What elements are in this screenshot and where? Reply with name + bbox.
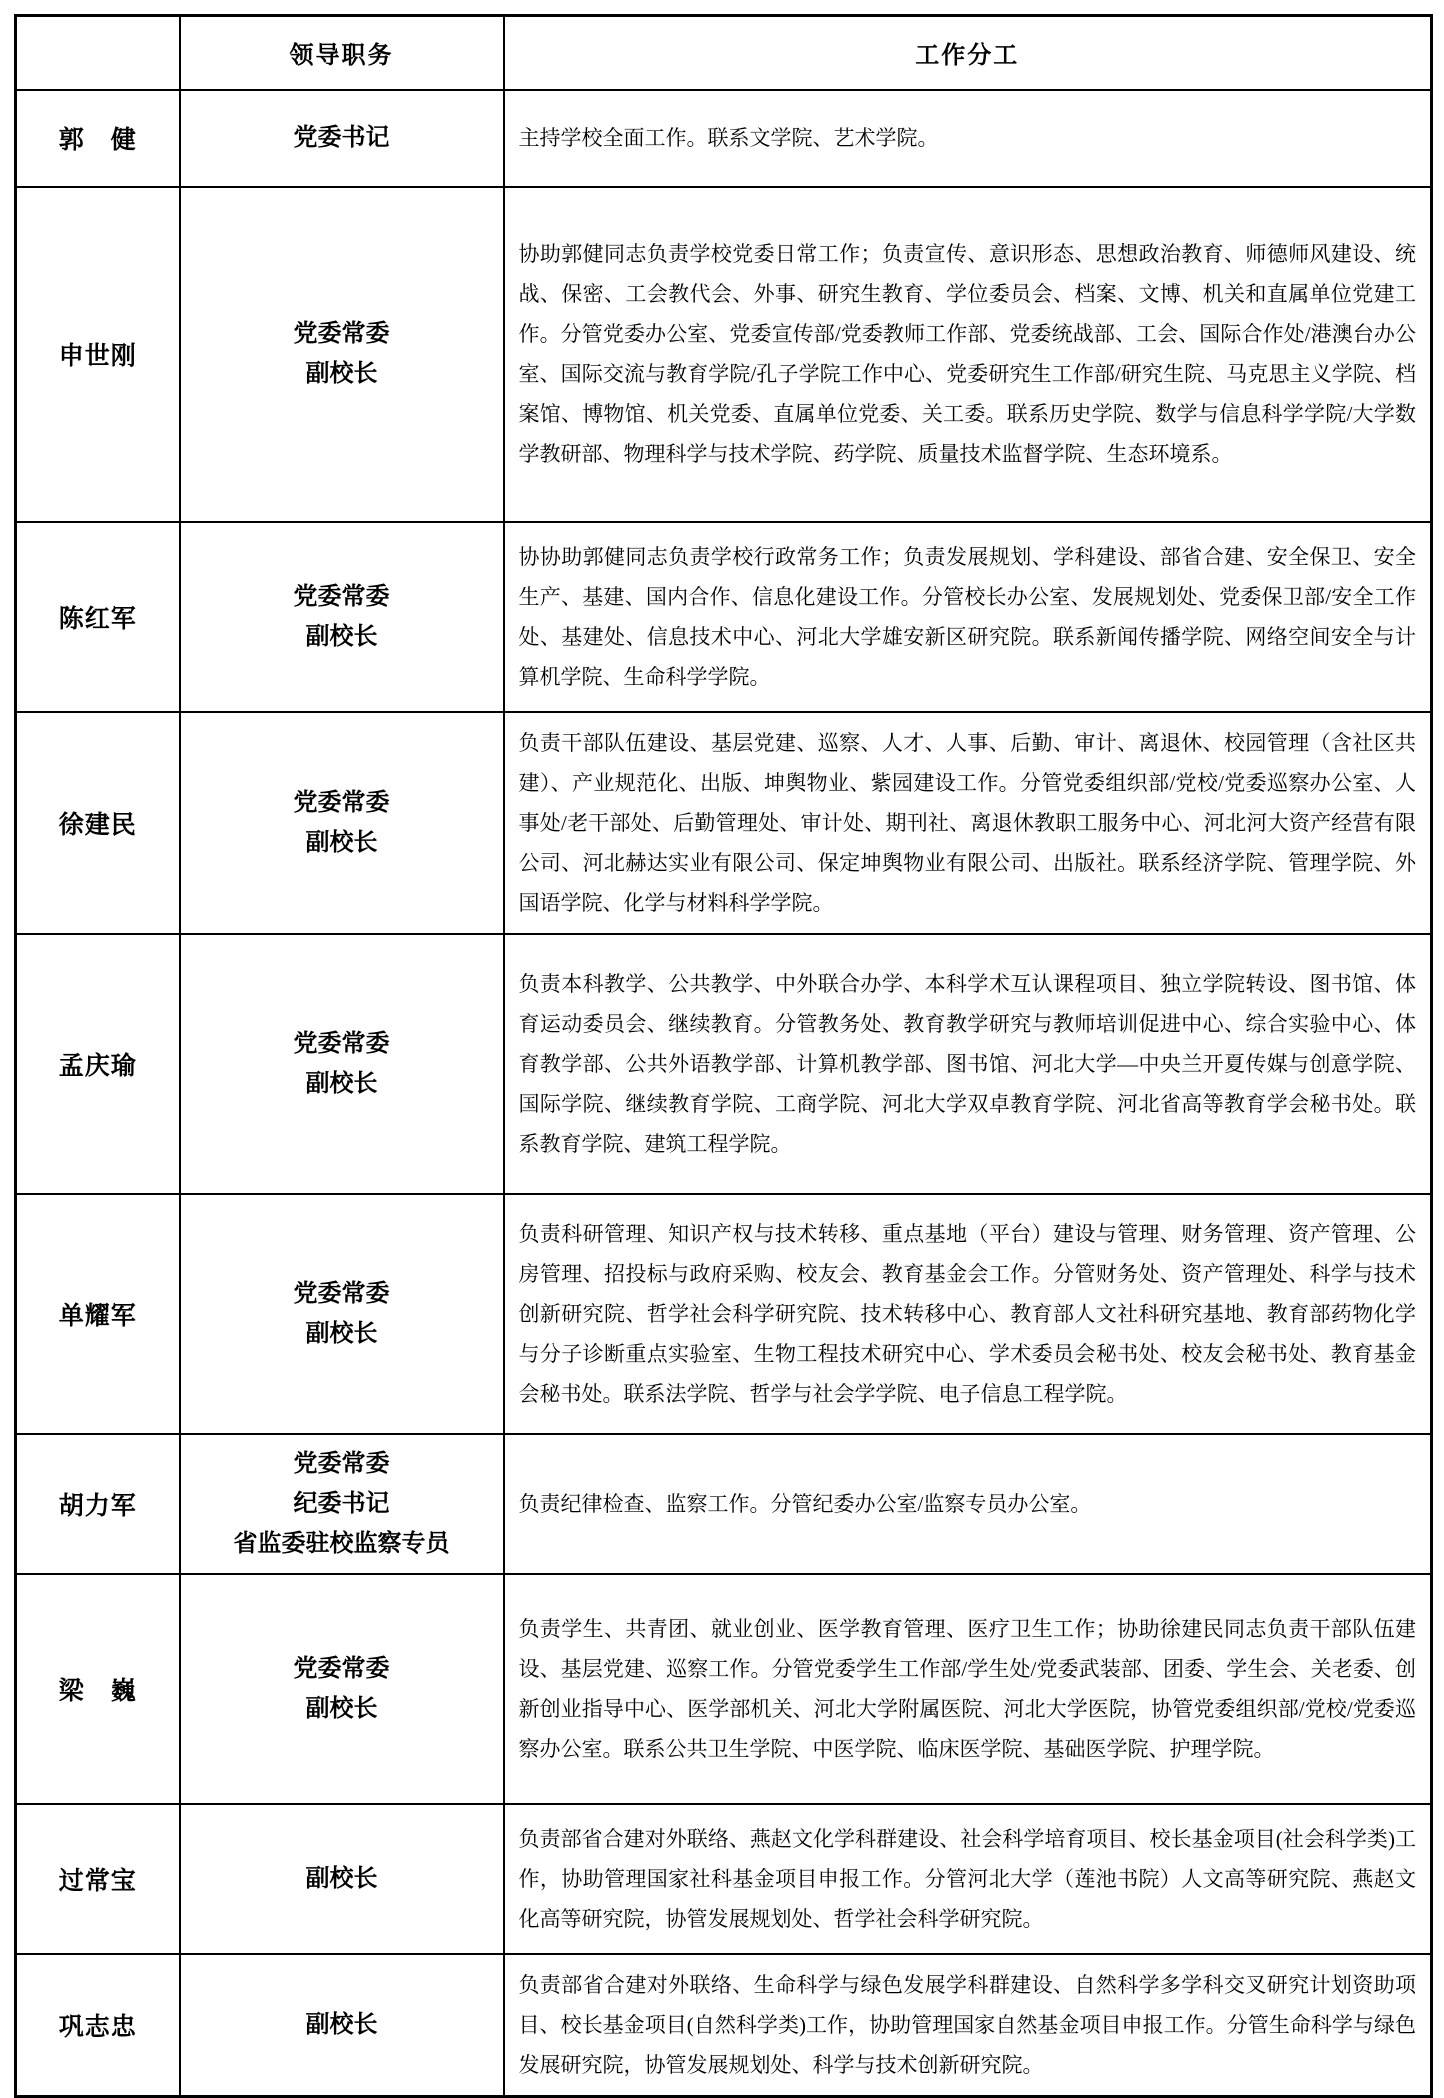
- leader-duties: 负责学生、共青团、就业创业、医学教育管理、医疗卫生工作；协助徐建民同志负责干部队…: [504, 1574, 1432, 1804]
- position-line: 纪委书记: [181, 1484, 503, 1524]
- position-line: 党委常委: [181, 1649, 503, 1689]
- leader-duties: 负责纪律检查、监察工作。分管纪委办公室/监察专员办公室。: [504, 1434, 1432, 1574]
- table-row: 单耀军党委常委副校长负责科研管理、知识产权与技术转移、重点基地（平台）建设与管理…: [16, 1194, 1432, 1434]
- leader-name: 单耀军: [16, 1194, 180, 1434]
- leader-position: 党委常委副校长: [180, 1574, 504, 1804]
- position-line: 副校长: [181, 1314, 503, 1354]
- position-line: 副校长: [181, 1064, 503, 1104]
- table-row: 申世刚党委常委副校长协助郭健同志负责学校党委日常工作；负责宣传、意识形态、思想政…: [16, 187, 1432, 522]
- leader-name: 胡力军: [16, 1434, 180, 1574]
- col-header-position: 领导职务: [180, 16, 504, 90]
- leader-name: 梁 巍: [16, 1574, 180, 1804]
- leader-name: 孟庆瑜: [16, 934, 180, 1194]
- position-line: 党委常委: [181, 314, 503, 354]
- leader-position: 党委常委副校长: [180, 934, 504, 1194]
- col-header-duties: 工作分工: [504, 16, 1432, 90]
- leader-position: 党委常委副校长: [180, 712, 504, 934]
- position-line: 副校长: [181, 354, 503, 394]
- leader-duties: 负责科研管理、知识产权与技术转移、重点基地（平台）建设与管理、财务管理、资产管理…: [504, 1194, 1432, 1434]
- leader-position: 副校长: [180, 1954, 504, 2097]
- leader-position: 党委书记: [180, 90, 504, 187]
- position-line: 党委书记: [181, 118, 503, 158]
- leader-position: 党委常委副校长: [180, 187, 504, 522]
- position-line: 省监委驻校监察专员: [181, 1524, 503, 1564]
- position-line: 副校长: [181, 823, 503, 863]
- leader-duties: 负责本科教学、公共教学、中外联合办学、本科学术互认课程项目、独立学院转设、图书馆…: [504, 934, 1432, 1194]
- leader-name: 陈红军: [16, 522, 180, 712]
- table-row: 郭 健党委书记主持学校全面工作。联系文学院、艺术学院。: [16, 90, 1432, 187]
- leader-duties: 主持学校全面工作。联系文学院、艺术学院。: [504, 90, 1432, 187]
- leader-position: 党委常委副校长: [180, 522, 504, 712]
- position-line: 党委常委: [181, 1444, 503, 1484]
- leader-duties: 负责部省合建对外联络、燕赵文化学科群建设、社会科学培育项目、校长基金项目(社会科…: [504, 1804, 1432, 1954]
- leader-name: 徐建民: [16, 712, 180, 934]
- leader-name: 巩志忠: [16, 1954, 180, 2097]
- header-row: 领导职务 工作分工: [16, 16, 1432, 90]
- position-line: 党委常委: [181, 1274, 503, 1314]
- leader-duties: 协协助郭健同志负责学校行政常务工作；负责发展规划、学科建设、部省合建、安全保卫、…: [504, 522, 1432, 712]
- leader-position: 党委常委纪委书记省监委驻校监察专员: [180, 1434, 504, 1574]
- leader-name: 郭 健: [16, 90, 180, 187]
- position-line: 副校长: [181, 617, 503, 657]
- position-line: 党委常委: [181, 783, 503, 823]
- position-line: 副校长: [181, 1689, 503, 1729]
- position-line: 党委常委: [181, 1024, 503, 1064]
- table-row: 过常宝副校长负责部省合建对外联络、燕赵文化学科群建设、社会科学培育项目、校长基金…: [16, 1804, 1432, 1954]
- leader-duties: 协助郭健同志负责学校党委日常工作；负责宣传、意识形态、思想政治教育、师德师风建设…: [504, 187, 1432, 522]
- leader-position: 党委常委副校长: [180, 1194, 504, 1434]
- position-line: 副校长: [181, 2005, 503, 2045]
- table-row: 孟庆瑜党委常委副校长负责本科教学、公共教学、中外联合办学、本科学术互认课程项目、…: [16, 934, 1432, 1194]
- table-row: 梁 巍党委常委副校长负责学生、共青团、就业创业、医学教育管理、医疗卫生工作；协助…: [16, 1574, 1432, 1804]
- leader-name: 过常宝: [16, 1804, 180, 1954]
- table-row: 徐建民党委常委副校长负责干部队伍建设、基层党建、巡察、人才、人事、后勤、审计、离…: [16, 712, 1432, 934]
- table-row: 陈红军党委常委副校长协协助郭健同志负责学校行政常务工作；负责发展规划、学科建设、…: [16, 522, 1432, 712]
- leader-duties: 负责部省合建对外联络、生命科学与绿色发展学科群建设、自然科学多学科交叉研究计划资…: [504, 1954, 1432, 2097]
- position-line: 副校长: [181, 1859, 503, 1899]
- leader-duties: 负责干部队伍建设、基层党建、巡察、人才、人事、后勤、审计、离退休、校园管理（含社…: [504, 712, 1432, 934]
- leader-name: 申世刚: [16, 187, 180, 522]
- leader-position: 副校长: [180, 1804, 504, 1954]
- col-header-name: [16, 16, 180, 90]
- table-row: 巩志忠副校长负责部省合建对外联络、生命科学与绿色发展学科群建设、自然科学多学科交…: [16, 1954, 1432, 2097]
- position-line: 党委常委: [181, 577, 503, 617]
- table-row: 胡力军党委常委纪委书记省监委驻校监察专员负责纪律检查、监察工作。分管纪委办公室/…: [16, 1434, 1432, 1574]
- leadership-division-table: 领导职务 工作分工 郭 健党委书记主持学校全面工作。联系文学院、艺术学院。申世刚…: [14, 14, 1433, 2098]
